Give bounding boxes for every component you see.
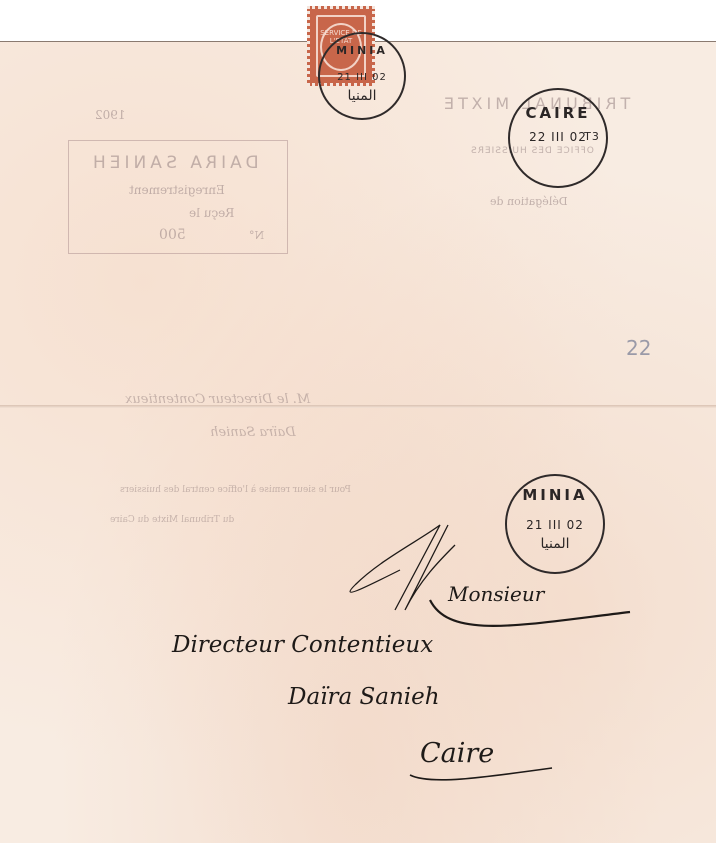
postmark-caire: CAIRE 22 III 02 T3 xyxy=(508,88,608,188)
faint-line-1: M. le Directeur Contentieux xyxy=(125,392,310,407)
postmark-town: MINIA xyxy=(320,44,404,57)
postmark-date: 21 III 02 xyxy=(320,72,404,83)
pencil-note: 22 xyxy=(626,336,651,360)
address-line-1: Directeur Contentieux xyxy=(172,632,433,658)
postmark-arabic: المنيا xyxy=(507,536,603,552)
postmark-town: MINIA xyxy=(507,486,603,504)
address-line-2: Daïra Sanieh xyxy=(288,684,440,710)
registration-subtitle: Enregistrement xyxy=(129,183,225,197)
registration-box: DAIRA SANIEH Enregistrement Reçu le 500 … xyxy=(68,140,288,254)
faint-line-3: Pour le sieur remise à l'office central … xyxy=(120,485,351,495)
faint-line-4: du Tribunal Mixte du Caire xyxy=(110,515,234,525)
address-city: Caire xyxy=(420,738,494,769)
paper-fold xyxy=(0,405,716,408)
faint-line-2: Daïra Sanieh xyxy=(210,425,296,440)
postmark-date: 21 III 02 xyxy=(507,518,603,532)
registration-year: 1902 xyxy=(95,108,126,122)
registration-number-label: N° xyxy=(249,229,264,242)
address-salutation: Monsieur xyxy=(448,582,544,606)
registration-title: DAIRA SANIEH xyxy=(89,153,259,173)
registration-received-label: Reçu le xyxy=(189,206,234,220)
postmark-arabic: المنيا xyxy=(320,88,404,104)
registration-number: 500 xyxy=(159,227,186,243)
postmark-minia: MINIA 21 III 02 المنيا xyxy=(505,474,605,574)
letterhead-delegation: Délégation de xyxy=(490,195,568,208)
postmark-minia-stamp: MINIA 21 III 02 المنيا xyxy=(318,32,406,120)
postmark-time: T3 xyxy=(544,130,640,143)
postmark-town: CAIRE xyxy=(510,104,606,122)
